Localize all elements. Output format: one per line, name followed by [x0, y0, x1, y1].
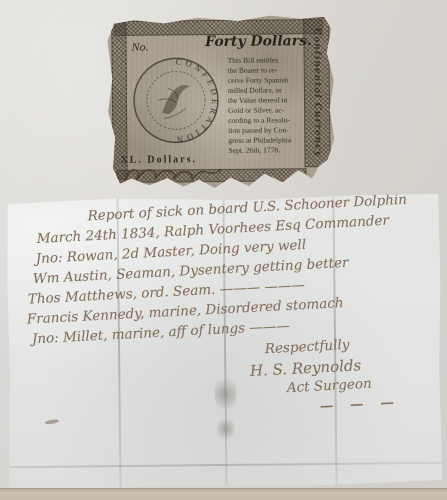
note-body-text: This Bill entitles the Bearer to re- cei…	[228, 55, 311, 156]
report-handwriting: Report of sick on board U.S. Schooner Do…	[9, 191, 434, 434]
report-document: Report of sick on board U.S. Schooner Do…	[6, 194, 442, 491]
frame-bottom-edge	[0, 488, 447, 500]
bill-signature-mark	[120, 156, 240, 189]
note-body-line: Sept. 26th, 1778.	[228, 145, 310, 156]
framed-documents-photo: Continental Currency No. Forty Dollars. …	[0, 0, 447, 500]
confederation-seal: CONFEDERATION	[128, 52, 225, 149]
note-title: Forty Dollars.	[195, 33, 321, 50]
currency-note: Continental Currency No. Forty Dollars. …	[107, 15, 334, 189]
